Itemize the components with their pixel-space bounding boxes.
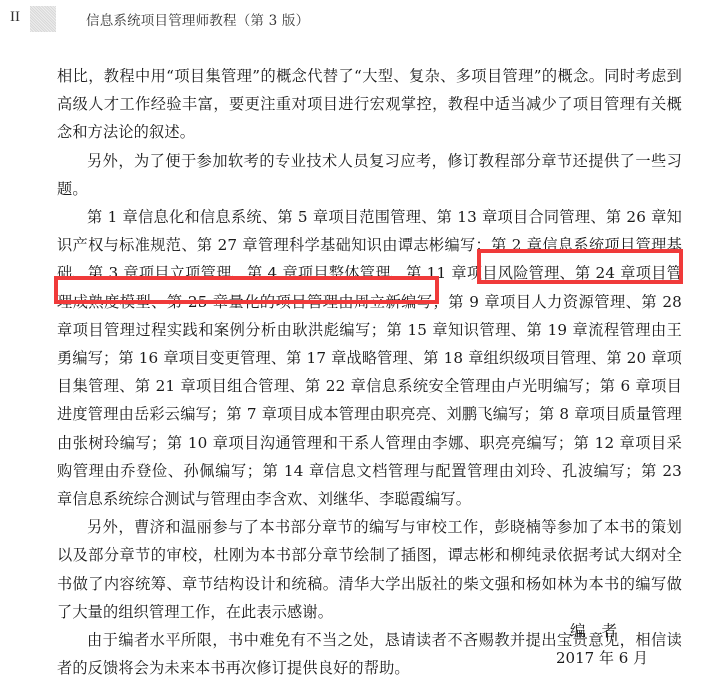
page-number: II — [10, 9, 20, 26]
highlight-box-chapter-9 — [477, 249, 683, 284]
page-tab-marker — [30, 6, 56, 32]
book-title: 信息系统项目管理师教程（第 3 版） — [86, 9, 309, 29]
paragraph-4-acknowledgements: 另外，曹济和温丽参与了本书部分章节的编写与审校工作，彭晓楠等参加了本书的策划以及… — [57, 513, 682, 626]
paragraph-1: 相比，教程中用“项目集管理”的概念代替了“大型、复杂、多项目管理”的概念。同时考… — [57, 62, 682, 147]
signature-author: 编者 — [570, 619, 633, 641]
signature-date: 2017 年 6 月 — [556, 647, 648, 668]
page-header: II 信息系统项目管理师教程（第 3 版） — [0, 0, 718, 40]
body-text: 相比，教程中用“项目集管理”的概念代替了“大型、复杂、多项目管理”的概念。同时考… — [57, 62, 682, 682]
highlight-box-chapter-28 — [54, 276, 439, 304]
paragraph-2: 另外，为了便于参加软考的专业技术人员复习应考，修订教程部分章节还提供了一些习题。 — [57, 147, 682, 203]
